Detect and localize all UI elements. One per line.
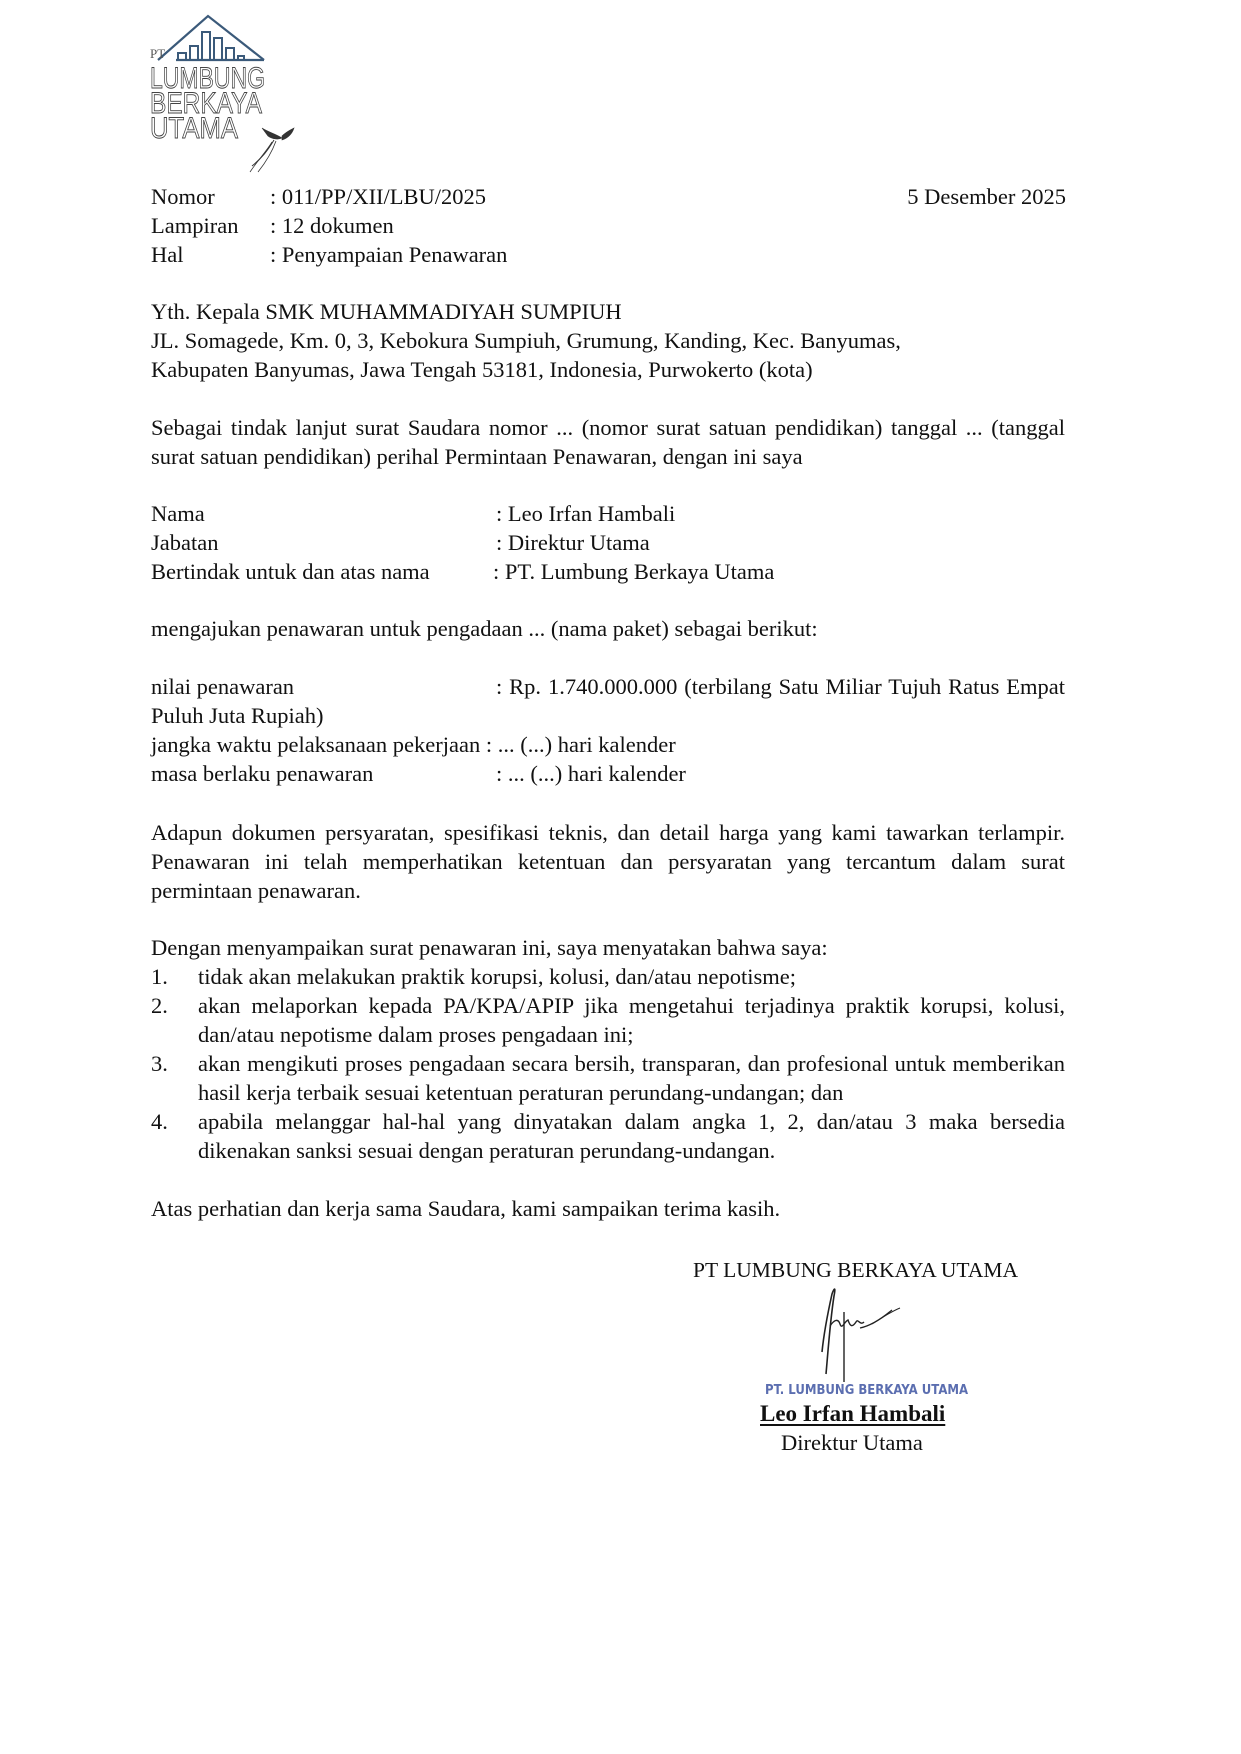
identity-row: Nama: Leo Irfan Hambali bbox=[151, 499, 1065, 528]
statement-item: 2. akan melaporkan kepada PA/KPA/APIP ji… bbox=[151, 991, 1065, 1049]
offer-validity-row: masa berlaku penawaran: ... (...) hari k… bbox=[151, 759, 1065, 788]
statement-item: 1. tidak akan melakukan praktik korupsi,… bbox=[151, 962, 1065, 991]
identity-value: : Direktur Utama bbox=[496, 530, 650, 555]
recipient-address-line: JL. Somagede, Km. 0, 3, Kebokura Sumpiuh… bbox=[151, 326, 1065, 355]
lampiran-label: Lampiran bbox=[151, 211, 270, 240]
statement-item: 3. akan mengikuti proses pengadaan secar… bbox=[151, 1049, 1065, 1107]
statement-intro: Dengan menyampaikan surat penawaran ini,… bbox=[151, 933, 1065, 962]
offer-validity-value: : ... (...) hari kalender bbox=[496, 761, 686, 786]
recipient-line: Yth. Kepala SMK MUHAMMADIYAH SUMPIUH bbox=[151, 297, 1065, 326]
signature-company: PT LUMBUNG BERKAYA UTAMA bbox=[693, 1256, 1018, 1285]
nomor-label: Nomor bbox=[151, 182, 270, 211]
statement-number: 2. bbox=[151, 991, 198, 1049]
hal-row: Hal: Penyampaian Penawaran bbox=[151, 240, 507, 269]
signer-name: Leo Irfan Hambali bbox=[760, 1399, 945, 1428]
identity-row: Jabatan: Direktur Utama bbox=[151, 528, 1065, 557]
identity-label: Jabatan bbox=[151, 528, 496, 557]
letter-page: PT LUMBUNG BERKAYA UTAMA Nomor: 011/PP/X… bbox=[0, 0, 1241, 1754]
offer-duration-label: jangka waktu pelaksanaan pekerjaan bbox=[151, 732, 480, 757]
intro-paragraph: Sebagai tindak lanjut surat Saudara nomo… bbox=[151, 413, 1065, 471]
documents-paragraph: Adapun dokumen persyaratan, spesifikasi … bbox=[151, 818, 1065, 905]
house-roof-buildings-logo-icon: PT LUMBUNG BERKAYA UTAMA bbox=[150, 10, 320, 180]
statement-number: 4. bbox=[151, 1107, 198, 1165]
identity-row: Bertindak untuk dan atas nama: PT. Lumbu… bbox=[151, 557, 1065, 586]
offer-value-row: nilai penawaran: Rp. 1.740.000.000 (terb… bbox=[151, 672, 1065, 730]
statement-text: akan melaporkan kepada PA/KPA/APIP jika … bbox=[198, 991, 1065, 1049]
recipient-address-line: Kabupaten Banyumas, Jawa Tengah 53181, I… bbox=[151, 355, 1065, 384]
statement-number: 1. bbox=[151, 962, 198, 991]
bird-icon bbox=[250, 128, 294, 172]
offer-duration-row: jangka waktu pelaksanaan pekerjaan : ...… bbox=[151, 730, 1065, 759]
svg-text:UTAMA: UTAMA bbox=[150, 112, 238, 145]
hal-value: : Penyampaian Penawaran bbox=[270, 242, 507, 267]
offer-duration-value: : ... (...) hari kalender bbox=[486, 732, 676, 757]
statement-text: apabila melanggar hal-hal yang dinyataka… bbox=[198, 1107, 1065, 1165]
identity-block: Nama: Leo Irfan Hambali Jabatan: Direktu… bbox=[151, 499, 1065, 586]
statement-number: 3. bbox=[151, 1049, 198, 1107]
lampiran-row: Lampiran: 12 dokumen bbox=[151, 211, 394, 240]
letter-date: 5 Desember 2025 bbox=[907, 182, 1066, 211]
handwritten-signature-icon bbox=[800, 1282, 930, 1392]
offer-block: nilai penawaran: Rp. 1.740.000.000 (terb… bbox=[151, 672, 1065, 788]
hal-label: Hal bbox=[151, 240, 270, 269]
identity-value: : PT. Lumbung Berkaya Utama bbox=[493, 559, 774, 584]
svg-text:PT: PT bbox=[150, 46, 165, 61]
identity-label: Nama bbox=[151, 499, 496, 528]
statement-item: 4. apabila melanggar hal-hal yang dinyat… bbox=[151, 1107, 1065, 1165]
identity-label: Bertindak untuk dan atas nama bbox=[151, 557, 493, 586]
company-stamp: PT. LUMBUNG BERKAYA UTAMA bbox=[765, 1383, 968, 1398]
offer-validity-label: masa berlaku penawaran bbox=[151, 759, 496, 788]
proposal-intro: mengajukan penawaran untuk pengadaan ...… bbox=[151, 614, 1065, 643]
identity-value: : Leo Irfan Hambali bbox=[496, 501, 675, 526]
statement-text: tidak akan melakukan praktik korupsi, ko… bbox=[198, 962, 1065, 991]
offer-value-label: nilai penawaran bbox=[151, 672, 496, 701]
recipient-block: Yth. Kepala SMK MUHAMMADIYAH SUMPIUH JL.… bbox=[151, 297, 1065, 384]
lampiran-value: : 12 dokumen bbox=[270, 213, 394, 238]
statements-block: Dengan menyampaikan surat penawaran ini,… bbox=[151, 933, 1065, 1165]
statement-text: akan mengikuti proses pengadaan secara b… bbox=[198, 1049, 1065, 1107]
signer-title: Direktur Utama bbox=[781, 1428, 923, 1457]
company-logo: PT LUMBUNG BERKAYA UTAMA bbox=[150, 10, 320, 180]
nomor-row: Nomor: 011/PP/XII/LBU/2025 bbox=[151, 182, 486, 211]
closing-paragraph: Atas perhatian dan kerja sama Saudara, k… bbox=[151, 1194, 1065, 1223]
nomor-value: : 011/PP/XII/LBU/2025 bbox=[270, 184, 486, 209]
